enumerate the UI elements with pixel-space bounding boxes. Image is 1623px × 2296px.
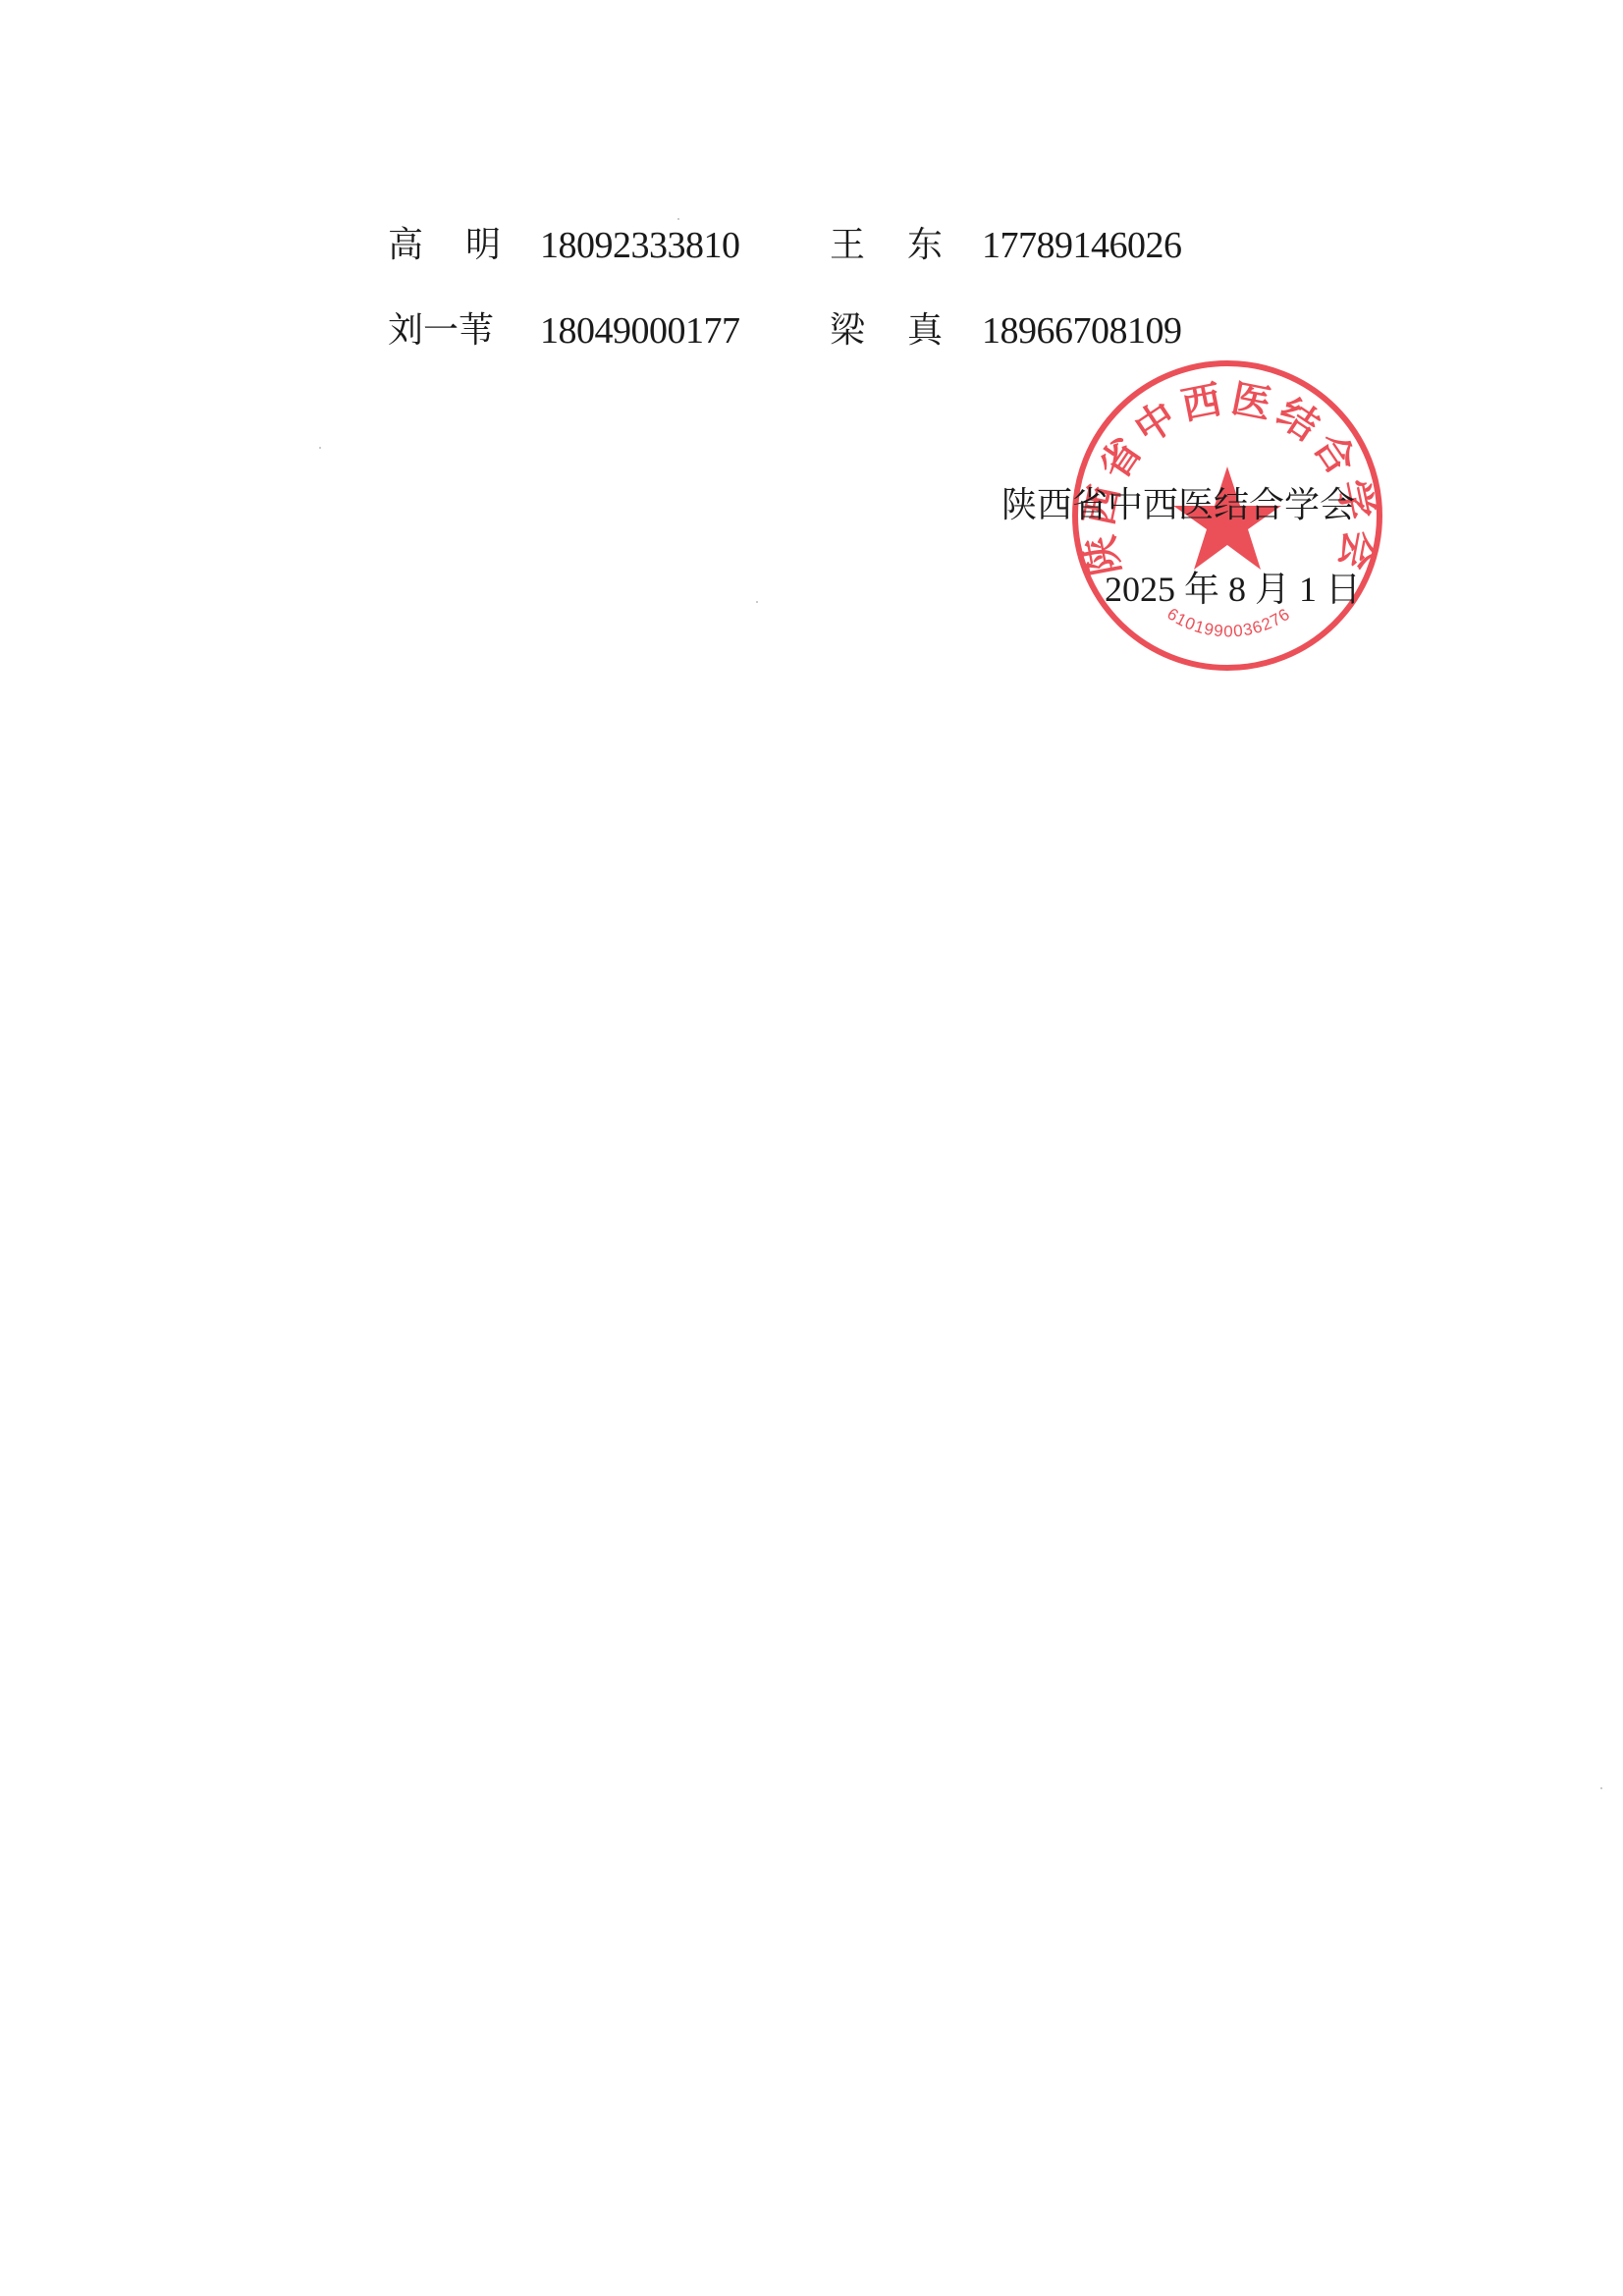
document-date: 2025 年 8 月 1 日 bbox=[1105, 565, 1361, 614]
organization-name: 陕西省中西医结合学会 bbox=[1001, 481, 1355, 530]
scan-speck bbox=[319, 447, 321, 449]
contact-name: 梁真 bbox=[830, 306, 943, 355]
contact-name-char-1: 梁 bbox=[830, 306, 865, 355]
contact-name-char-2: 真 bbox=[907, 306, 943, 355]
contact-phone: 18966708109 bbox=[982, 306, 1182, 355]
contact-phone: 18092333810 bbox=[540, 221, 740, 270]
contact-name-char-1: 高 bbox=[388, 221, 423, 270]
contact-name: 王东 bbox=[830, 221, 943, 270]
contact-name-char-2: 明 bbox=[465, 221, 501, 270]
scan-speck bbox=[756, 601, 758, 603]
contact-name-char-2: 东 bbox=[907, 221, 943, 270]
contact-name: 高明 bbox=[388, 221, 501, 270]
scan-speck bbox=[677, 218, 679, 220]
scan-speck bbox=[1600, 1787, 1602, 1789]
contact-name: 刘一苇 bbox=[388, 306, 501, 355]
contact-phone: 17789146026 bbox=[982, 221, 1182, 270]
contact-phone: 18049000177 bbox=[540, 306, 740, 355]
contact-name-char-1: 王 bbox=[830, 221, 865, 270]
document-page: 高明 18092333810 王东 17789146026 刘一苇 180490… bbox=[0, 0, 1623, 2296]
